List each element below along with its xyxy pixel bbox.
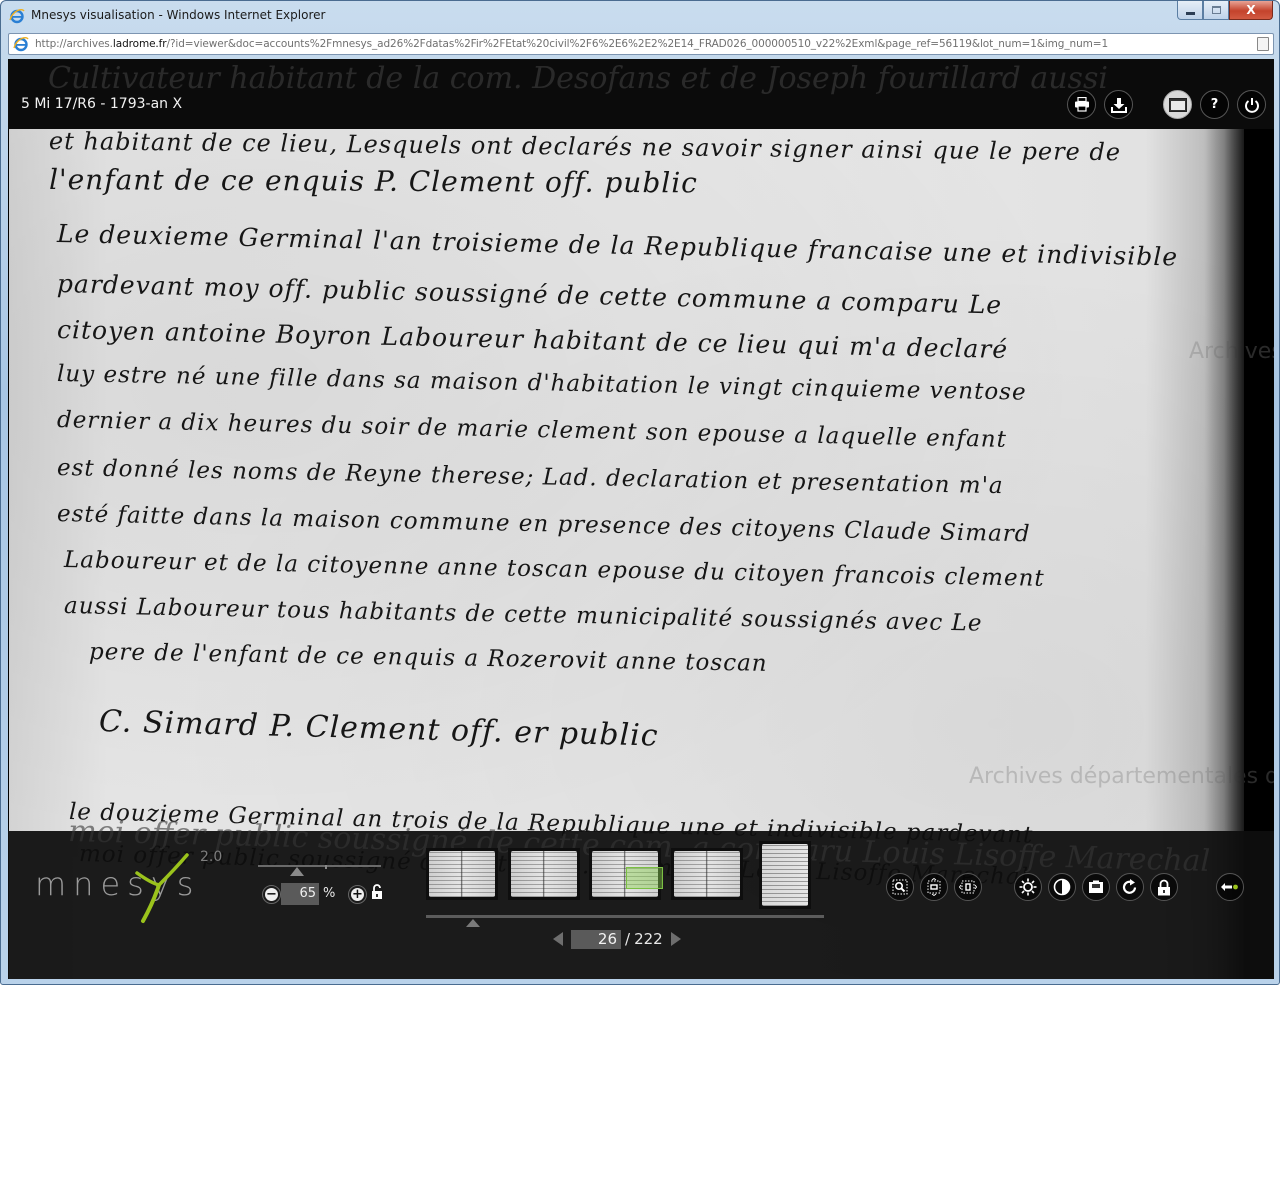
page-total: 222 — [634, 930, 663, 948]
address-bar[interactable]: http://archives.ladrome.fr/?id=viewer&do… — [8, 33, 1274, 55]
negative-button[interactable] — [1082, 873, 1110, 901]
page-navigator: 26 / 222 — [553, 928, 681, 950]
manuscript-line-faint: Cultivateur habitant de la com. Desofans… — [48, 61, 1108, 96]
current-viewport-indicator[interactable] — [626, 867, 663, 889]
lock-button[interactable] — [1150, 873, 1178, 901]
thumbnail-page-24[interactable] — [426, 848, 498, 900]
fit-height-button[interactable] — [920, 873, 948, 901]
manuscript-line: C. Simard P. Clement off. er public — [99, 704, 659, 754]
zoom-slider-tick — [325, 865, 327, 869]
url-domain: ladrome.fr — [113, 38, 167, 50]
zoom-level-input[interactable]: 65 — [281, 883, 319, 905]
thumbnail-page-26[interactable] — [589, 848, 661, 900]
download-button[interactable] — [1104, 90, 1133, 119]
contrast-icon — [1053, 878, 1071, 896]
url-path: /?id=viewer&doc=accounts%2Fmnesys_ad26%2… — [167, 38, 1109, 50]
print-button[interactable] — [1067, 90, 1096, 119]
manuscript-line: pardevant moy off. public soussigné de c… — [57, 269, 1003, 319]
collapse-arrow-icon — [1220, 882, 1240, 892]
manuscript-line: esté faitte dans la maison commune en pr… — [57, 501, 1031, 547]
thumbnail-page-25[interactable] — [508, 848, 580, 900]
mnesys-logo: mnesys 2.0 — [35, 857, 225, 927]
ie-logo-icon — [9, 8, 25, 24]
collapse-panel-button[interactable] — [1216, 873, 1244, 901]
zoom-in-button[interactable]: + — [348, 885, 367, 904]
logo-version: 2.0 — [200, 849, 222, 865]
maximize-icon — [1212, 6, 1221, 14]
page-separator: / — [625, 930, 630, 948]
previous-page-button[interactable] — [553, 932, 563, 946]
minus-icon: − — [265, 888, 278, 901]
url-text[interactable]: http://archives.ladrome.fr/?id=viewer&do… — [35, 38, 1108, 50]
manuscript-line: aussi Laboureur tous habitants de cette … — [64, 593, 983, 637]
maximize-button[interactable] — [1203, 1, 1229, 20]
ie-page-icon — [13, 36, 29, 52]
fit-height-icon — [926, 878, 942, 896]
contrast-button[interactable] — [1048, 873, 1076, 901]
next-page-button[interactable] — [671, 932, 681, 946]
compatibility-view-icon[interactable] — [1257, 37, 1269, 51]
mnesys-viewer: et habitant de ce lieu, Lesquels ont dec… — [8, 59, 1274, 979]
fit-width-icon — [959, 879, 977, 895]
thumbnail-scroll-handle[interactable] — [466, 919, 480, 927]
zoom-control: − 65 % + — [258, 859, 388, 909]
minimize-button[interactable] — [1177, 1, 1203, 20]
zoom-selection-icon — [892, 879, 908, 895]
rotate-button[interactable] — [1116, 873, 1144, 901]
thumbnail-strip — [426, 841, 826, 921]
top-toolbar: ? — [1067, 90, 1266, 119]
viewer-header: Cultivateur habitant de la com. Desofans… — [8, 59, 1274, 129]
fullscreen-button[interactable] — [1163, 90, 1192, 119]
page-number-input[interactable]: 26 — [571, 930, 621, 949]
lock-icon — [1157, 879, 1171, 896]
zoom-slider-track[interactable] — [258, 865, 381, 867]
logo-y-mark — [133, 853, 193, 925]
minimize-icon — [1186, 12, 1195, 15]
window-controls: X — [1177, 1, 1273, 21]
negative-icon — [1088, 880, 1104, 894]
thumbnail-page-27[interactable] — [671, 848, 743, 900]
close-icon: X — [1246, 3, 1255, 17]
window-title: Mnesys visualisation - Windows Internet … — [31, 8, 325, 22]
manuscript-line: luy estre né une fille dans sa maison d'… — [57, 361, 1027, 406]
viewer-control-bar: moi offer public soussigné de cette com.… — [8, 831, 1274, 979]
manuscript-line: pere de l'enfant de ce enquis a Rozerovi… — [89, 639, 768, 677]
power-button[interactable] — [1237, 90, 1266, 119]
printer-icon — [1074, 97, 1090, 112]
manuscript-line: dernier a dix heures du soir de marie cl… — [57, 407, 1007, 453]
download-icon — [1111, 97, 1127, 113]
close-button[interactable]: X — [1229, 1, 1273, 20]
manuscript-line: Laboureur et de la citoyenne anne toscan… — [64, 547, 1045, 592]
manuscript-line: l'enfant de ce enquis P. Clement off. pu… — [49, 163, 698, 199]
title-bar: Mnesys visualisation - Windows Internet … — [1, 1, 1279, 31]
zoom-out-button[interactable]: − — [262, 885, 281, 904]
help-button[interactable]: ? — [1200, 90, 1229, 119]
fit-width-button[interactable] — [954, 873, 982, 901]
brightness-icon — [1019, 878, 1037, 896]
zoom-lock-open-icon[interactable] — [371, 884, 383, 900]
document-title: 5 Mi 17/R6 - 1793-an X — [21, 96, 182, 112]
rotate-icon — [1122, 879, 1138, 895]
url-prefix: http://archives. — [35, 38, 113, 50]
help-icon: ? — [1211, 97, 1219, 112]
thumbnail-scrollbar[interactable] — [426, 915, 824, 918]
power-icon — [1244, 97, 1260, 113]
browser-window: Mnesys visualisation - Windows Internet … — [0, 0, 1280, 985]
zoom-unit: % — [323, 886, 335, 901]
brightness-button[interactable] — [1014, 873, 1042, 901]
window-icon — [1169, 98, 1187, 112]
image-toolbar — [886, 873, 1244, 901]
zoom-slider-handle[interactable] — [290, 867, 304, 876]
manuscript-line: est donné les noms de Reyne therese; Lad… — [57, 455, 1004, 499]
plus-icon: + — [351, 888, 364, 901]
zoom-selection-button[interactable] — [886, 873, 914, 901]
thumbnail-page-28[interactable] — [759, 841, 811, 909]
manuscript-line: citoyen antoine Boyron Laboureur habitan… — [57, 315, 1009, 364]
manuscript-line: et habitant de ce lieu, Lesquels ont dec… — [49, 127, 1121, 166]
manuscript-line: Le deuxieme Germinal l'an troisieme de l… — [57, 219, 1179, 271]
